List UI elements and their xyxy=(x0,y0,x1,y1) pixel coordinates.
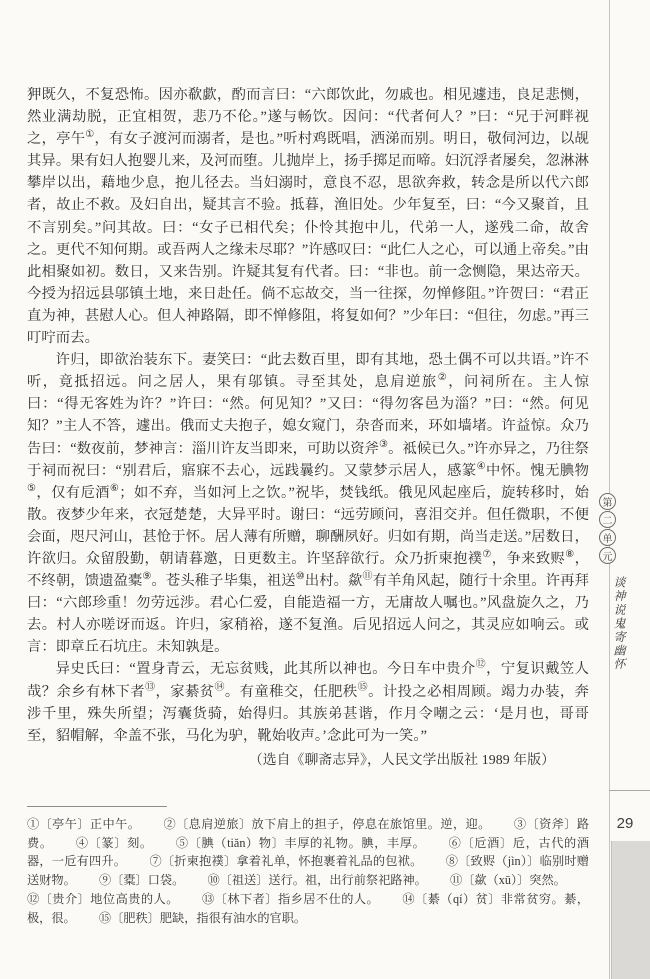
footnote-item: ④〔篆〕刻。 xyxy=(76,836,153,850)
footnote-item: ①〔亭午〕正中午。 xyxy=(27,817,140,831)
unit-badge-circle: 二 xyxy=(599,511,616,528)
footnote-ref: ⑦ xyxy=(482,549,491,560)
footnote-item: ⑦〔折柬抱襆〕拿着礼单，怀抱裹着礼品的包袱。 xyxy=(149,854,422,868)
footnote-item: ⑬〔林下者〕指乡居不仕的人。 xyxy=(202,892,379,906)
footnote-ref: ③ xyxy=(379,439,388,450)
unit-title-vertical: 谈神说鬼寄幽怀 xyxy=(611,576,628,671)
footnote-separator-line xyxy=(27,806,167,807)
footnote-item: ⑩〔祖送〕送行。祖，出行前祭祀路神。 xyxy=(207,873,426,887)
footnote-ref: ⑥ xyxy=(110,483,119,494)
unit-badge-circle: 单 xyxy=(599,529,616,546)
footnote-ref: ⑪ xyxy=(363,571,373,582)
footnote-item: ⑤〔腆（tiǎn）物〕丰厚的礼物。腆，丰厚。 xyxy=(176,836,426,850)
footnote-item: ⑮〔肥秩〕肥缺，指很有油水的官职。 xyxy=(99,911,306,925)
page-edge-tab xyxy=(611,841,650,979)
footnote-ref: ⑤ xyxy=(27,483,36,494)
footnote-ref: ⑭ xyxy=(214,682,224,693)
unit-badge-circle: 第 xyxy=(599,493,616,510)
source-citation: （选自《聊斋志异》，人民文学出版社 1989 年版） xyxy=(27,749,589,771)
footnote-ref: ⑮ xyxy=(358,682,368,693)
footnote-ref: ⑬ xyxy=(145,682,155,693)
footnote-ref: ① xyxy=(85,129,94,140)
footnote-ref: ⑫ xyxy=(476,660,486,671)
page-number: 29 xyxy=(609,815,641,832)
unit-badge-circle: 元 xyxy=(599,547,616,564)
footnote-item: ⑪〔歘（xū）〕突然。 xyxy=(450,873,566,887)
footnote-ref: ⑧ xyxy=(565,549,574,560)
article-paragraph: 异史氏曰：“置身青云，无忘贫贱，此其所以神也。今日车中贵介⑫，宁复识戴笠人哉？余… xyxy=(27,658,589,746)
footnotes-block: ①〔亭午〕正中午。②〔息肩逆旅〕放下肩上的担子，停息在旅馆里。逆，迎。③〔资斧〕… xyxy=(27,815,589,927)
article-paragraph-continuation: 狎既久，不复恐怖。因亦欷歔，酌而言曰：“六郎饮此，勿戚也。相见遽违，良足悲恻，然… xyxy=(27,84,589,349)
footnote-item: ⑨〔橐〕口袋。 xyxy=(99,873,184,887)
footnote-ref: ⑨ xyxy=(142,571,151,582)
footnote-ref: ⑩ xyxy=(296,571,305,582)
footnote-ref: ② xyxy=(438,372,448,383)
footnote-ref: ④ xyxy=(477,461,486,472)
margin-divider-line xyxy=(609,0,610,979)
page-number-rule xyxy=(609,790,650,791)
unit-number-badge: 第二单元 xyxy=(599,493,616,565)
footnote-item: ②〔息肩逆旅〕放下肩上的担子，停息在旅馆里。逆，迎。 xyxy=(163,817,490,831)
footnote-item: ⑫〔贵介〕地位高贵的人。 xyxy=(27,892,179,906)
article-paragraph: 许归，即欲治装东下。妻笑曰：“此去数百里，即有其地，恐土偶不可以共语。”许不听，… xyxy=(27,349,589,658)
article-body: 狎既久，不复恐怖。因亦欷歔，酌而言曰：“六郎饮此，勿戚也。相见遽违，良足悲恻，然… xyxy=(27,84,589,771)
textbook-page: 狎既久，不复恐怖。因亦欷歔，酌而言曰：“六郎饮此，勿戚也。相见遽违，良足悲恻，然… xyxy=(0,0,650,979)
